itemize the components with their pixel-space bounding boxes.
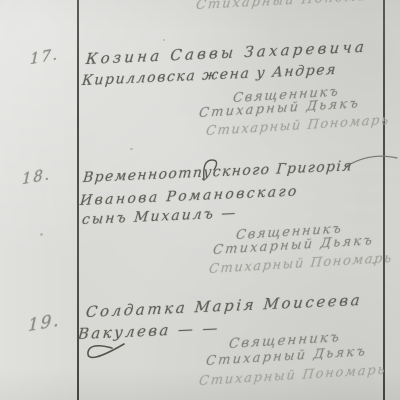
ink-flourish-underline <box>82 340 127 366</box>
scanned-register-page: Стихарный Понома 17. Козина Саввы Захаре… <box>0 0 400 400</box>
entry-18-line-2: Иванова Романовскаго <box>79 183 299 209</box>
entry-18-line-3: сынъ Михаилъ — <box>81 205 238 228</box>
column-rule-right <box>383 0 385 400</box>
paper-speck <box>163 39 165 41</box>
paper-speck <box>130 148 133 150</box>
paper-speck <box>40 233 43 236</box>
previous-entry-signature-fragment: Стихарный Понома <box>195 0 368 13</box>
entry-19-line-1: Солдатка Марія Моисеева <box>85 291 363 321</box>
